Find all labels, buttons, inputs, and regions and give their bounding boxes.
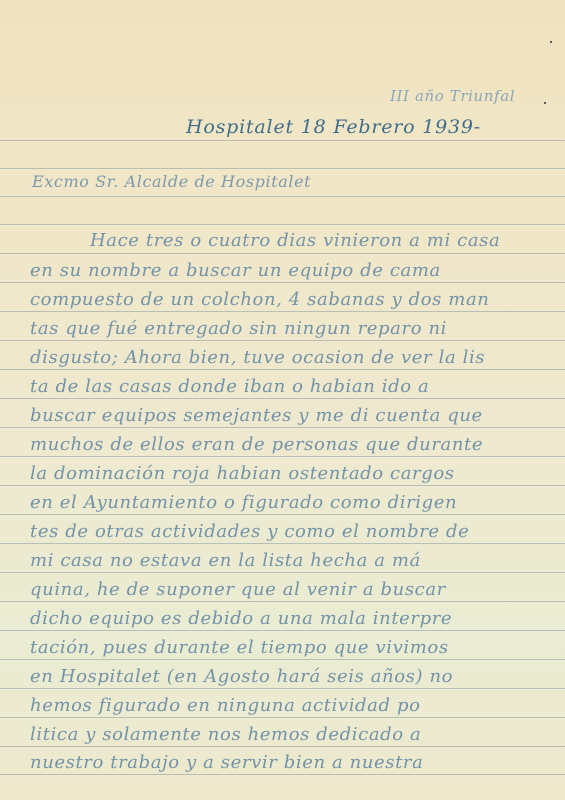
body-line: en el Ayuntamiento o figurado como dirig… bbox=[30, 492, 457, 513]
ruled-line bbox=[0, 717, 565, 718]
ruled-line bbox=[0, 456, 565, 457]
body-line: tes de otras actividades y como el nombr… bbox=[30, 521, 469, 542]
ruled-line bbox=[0, 140, 565, 141]
ruled-line bbox=[0, 601, 565, 602]
ruled-line bbox=[0, 427, 565, 428]
body-line: la dominación roja habian ostentado carg… bbox=[30, 463, 455, 484]
ruled-line bbox=[0, 746, 565, 747]
body-line: nuestro trabajo y a servir bien a nuestr… bbox=[30, 752, 423, 773]
ruled-line bbox=[0, 630, 565, 631]
ruled-line bbox=[0, 398, 565, 399]
body-line: hemos figurado en ninguna actividad po bbox=[30, 695, 421, 716]
ruled-line bbox=[0, 224, 565, 225]
ruled-line bbox=[0, 514, 565, 515]
ruled-line bbox=[0, 774, 565, 775]
body-line: quina, he de suponer que al venir a busc… bbox=[30, 579, 446, 600]
ruled-line bbox=[0, 369, 565, 370]
body-line: mi casa no estava en la lista hecha a má bbox=[30, 550, 421, 571]
body-line: buscar equipos semejantes y me di cuenta… bbox=[30, 405, 483, 426]
ruled-line bbox=[0, 282, 565, 283]
place-date: Hospitalet 18 Febrero 1939- bbox=[186, 116, 481, 138]
letter-page: III año Triunfal Hospitalet 18 Febrero 1… bbox=[0, 0, 565, 800]
body-line: en Hospitalet (en Agosto hará seis años)… bbox=[30, 666, 453, 687]
body-line: disgusto; Ahora bien, tuve ocasion de ve… bbox=[30, 347, 485, 368]
ruled-line bbox=[0, 253, 565, 254]
body-line: dicho equipo es debido a una mala interp… bbox=[30, 608, 452, 629]
body-line: muchos de ellos eran de personas que dur… bbox=[30, 434, 483, 455]
year-note: III año Triunfal bbox=[390, 87, 515, 105]
body-line: litica y solamente nos hemos dedicado a bbox=[30, 724, 421, 745]
body-line: compuesto de un colchon, 4 sabanas y dos… bbox=[30, 289, 490, 310]
ruled-line bbox=[0, 688, 565, 689]
salutation: Excmo Sr. Alcalde de Hospitalet bbox=[32, 172, 311, 191]
ruled-line bbox=[0, 168, 565, 169]
ruled-line bbox=[0, 485, 565, 486]
paper-speck bbox=[544, 102, 546, 104]
ruled-line bbox=[0, 196, 565, 197]
body-line: ta de las casas donde iban o habian ido … bbox=[30, 376, 429, 397]
ruled-line bbox=[0, 659, 565, 660]
body-line: tas que fué entregado sin ningun reparo … bbox=[30, 318, 447, 339]
paper-speck bbox=[550, 41, 552, 43]
ruled-line bbox=[0, 572, 565, 573]
ruled-line bbox=[0, 311, 565, 312]
ruled-line bbox=[0, 340, 565, 341]
body-line: en su nombre a buscar un equipo de cama bbox=[30, 260, 441, 281]
body-line: Hace tres o cuatro dias vinieron a mi ca… bbox=[90, 230, 500, 251]
ruled-line bbox=[0, 543, 565, 544]
body-line: tación, pues durante el tiempo que vivim… bbox=[30, 637, 449, 658]
